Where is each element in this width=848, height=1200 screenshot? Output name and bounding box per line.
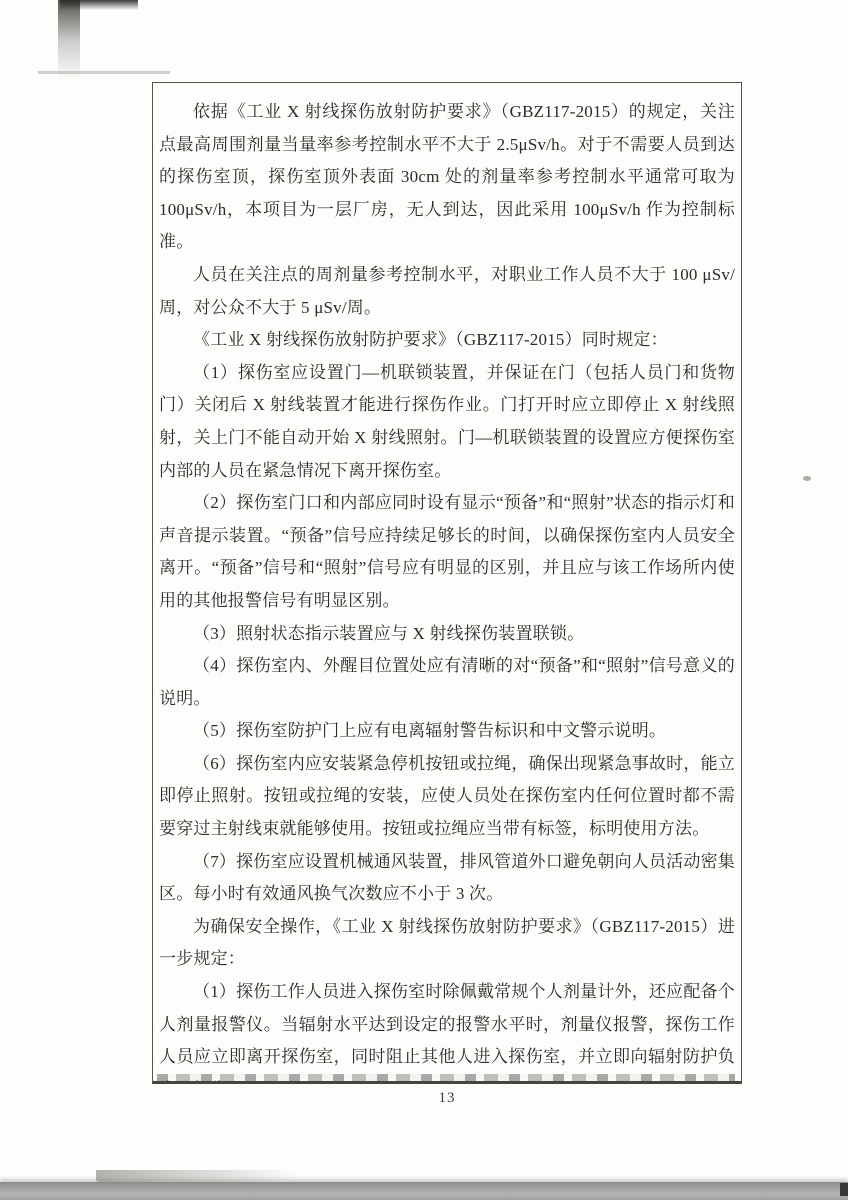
paragraph-op-1-personal-dosimeter: （1）探伤工作人员进入探伤室时除佩戴常规个人剂量计外，还应配备个人剂量报警仪。当… xyxy=(159,976,735,1084)
scan-left-edge-band xyxy=(42,0,102,1200)
cutoff-text-artifact xyxy=(157,1074,735,1081)
paragraph-item-5-warning-signs: （5）探伤室防护门上应有电离辐射警告标识和中文警示说明。 xyxy=(159,715,735,748)
paragraph-item-4-signal-explanation: （4）探伤室内、外醒目位置处应有清晰的对“预备”和“照射”信号意义的说明。 xyxy=(159,650,735,715)
paragraph-item-6-emergency-stop: （6）探伤室内应安装紧急停机按钮或拉绳，确保出现紧急事故时，能立即停止照射。按钮… xyxy=(159,748,735,846)
scan-bottom-background-strip xyxy=(0,1182,848,1200)
scan-left-edge-dark-top xyxy=(58,0,80,80)
paragraph-standard-also-states: 《工业 X 射线探伤放射防护要求》（GBZ117-2015）同时规定： xyxy=(159,324,735,357)
paragraph-item-7-ventilation: （7）探伤室应设置机械通风装置，排风管道外口避免朝向人员活动密集区。每小时有效通… xyxy=(159,846,735,911)
paragraph-weekly-dose-limits: 人员在关注点的周剂量参考控制水平，对职业工作人员不大于 100 μSv/周，对公… xyxy=(159,259,735,324)
scan-speck-artifact xyxy=(803,476,811,481)
page-number: 13 xyxy=(152,1090,742,1107)
scan-faint-horizontal-line xyxy=(38,71,170,74)
scanned-page: 依据《工业 X 射线探伤放射防护要求》（GBZ117-2015）的规定，关注点最… xyxy=(0,0,848,1200)
scan-bottom-right-mark xyxy=(840,1183,848,1196)
paragraph-item-2-indicator-lights: （2）探伤室门口和内部应同时设有显示“预备”和“照射”状态的指示灯和声音提示装置… xyxy=(159,487,735,617)
paragraph-item-3-status-interlock: （3）照射状态指示装置应与 X 射线探伤装置联锁。 xyxy=(159,618,735,651)
paragraph-item-1-door-interlock: （1）探伤室应设置门—机联锁装置，并保证在门（包括人员门和货物门）关闭后 X 射… xyxy=(159,357,735,487)
paragraph-safe-operation-intro: 为确保安全操作，《工业 X 射线探伤放射防护要求》（GBZ117-2015）进一… xyxy=(159,911,735,976)
document-text-frame: 依据《工业 X 射线探伤放射防护要求》（GBZ117-2015）的规定，关注点最… xyxy=(152,82,742,1084)
scan-top-left-corner-mark xyxy=(60,0,138,10)
paragraph-dose-rate-limits: 依据《工业 X 射线探伤放射防护要求》（GBZ117-2015）的规定，关注点最… xyxy=(159,96,735,259)
